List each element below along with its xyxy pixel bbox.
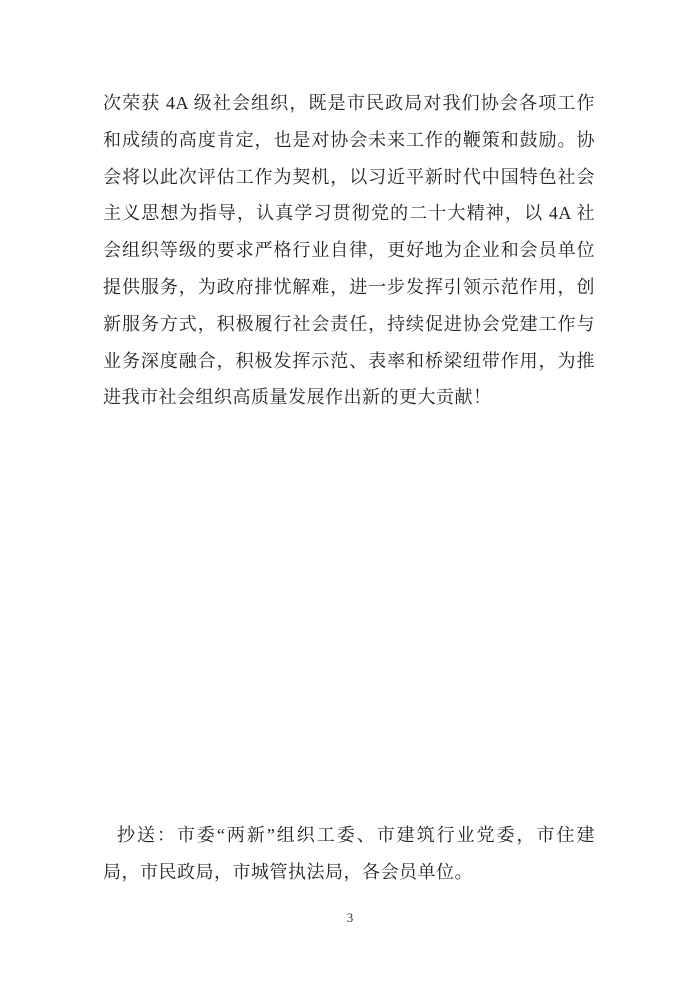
body-line: 提供服务，为政府排忧解难，进一步发挥引领示范作用，创 [103,269,595,306]
cc-line: 局，市民政局，市城管执法局，各会员单位。 [103,854,595,891]
body-line: 主义思想为指导，认真学习贯彻党的二十大精神，以 4A 社 [103,195,595,232]
document-page: 次荣获 4A 级社会组织，既是市民政局对我们协会各项工作 和成绩的高度肯定，也是… [0,0,700,989]
body-line: 会将以此次评估工作为契机，以习近平新时代中国特色社会 [103,159,595,196]
body-line: 新服务方式，积极履行社会责任，持续促进协会党建工作与 [103,306,595,343]
body-line: 进我市社会组织高质量发展作出新的更大贡献！ [103,379,595,416]
body-line: 会组织等级的要求严格行业自律，更好地为企业和会员单位 [103,232,595,269]
body-line: 次荣获 4A 级社会组织，既是市民政局对我们协会各项工作 [103,85,595,122]
body-paragraph: 次荣获 4A 级社会组织，既是市民政局对我们协会各项工作 和成绩的高度肯定，也是… [103,85,595,416]
page-number: 3 [0,910,700,926]
cc-line: 抄送：市委“两新”组织工委、市建筑行业党委，市住建 [103,817,595,854]
cc-block: 抄送：市委“两新”组织工委、市建筑行业党委，市住建 局，市民政局，市城管执法局，… [103,817,595,891]
body-line: 和成绩的高度肯定，也是对协会未来工作的鞭策和鼓励。协 [103,122,595,159]
body-line: 业务深度融合，积极发挥示范、表率和桥梁纽带作用，为推 [103,343,595,380]
